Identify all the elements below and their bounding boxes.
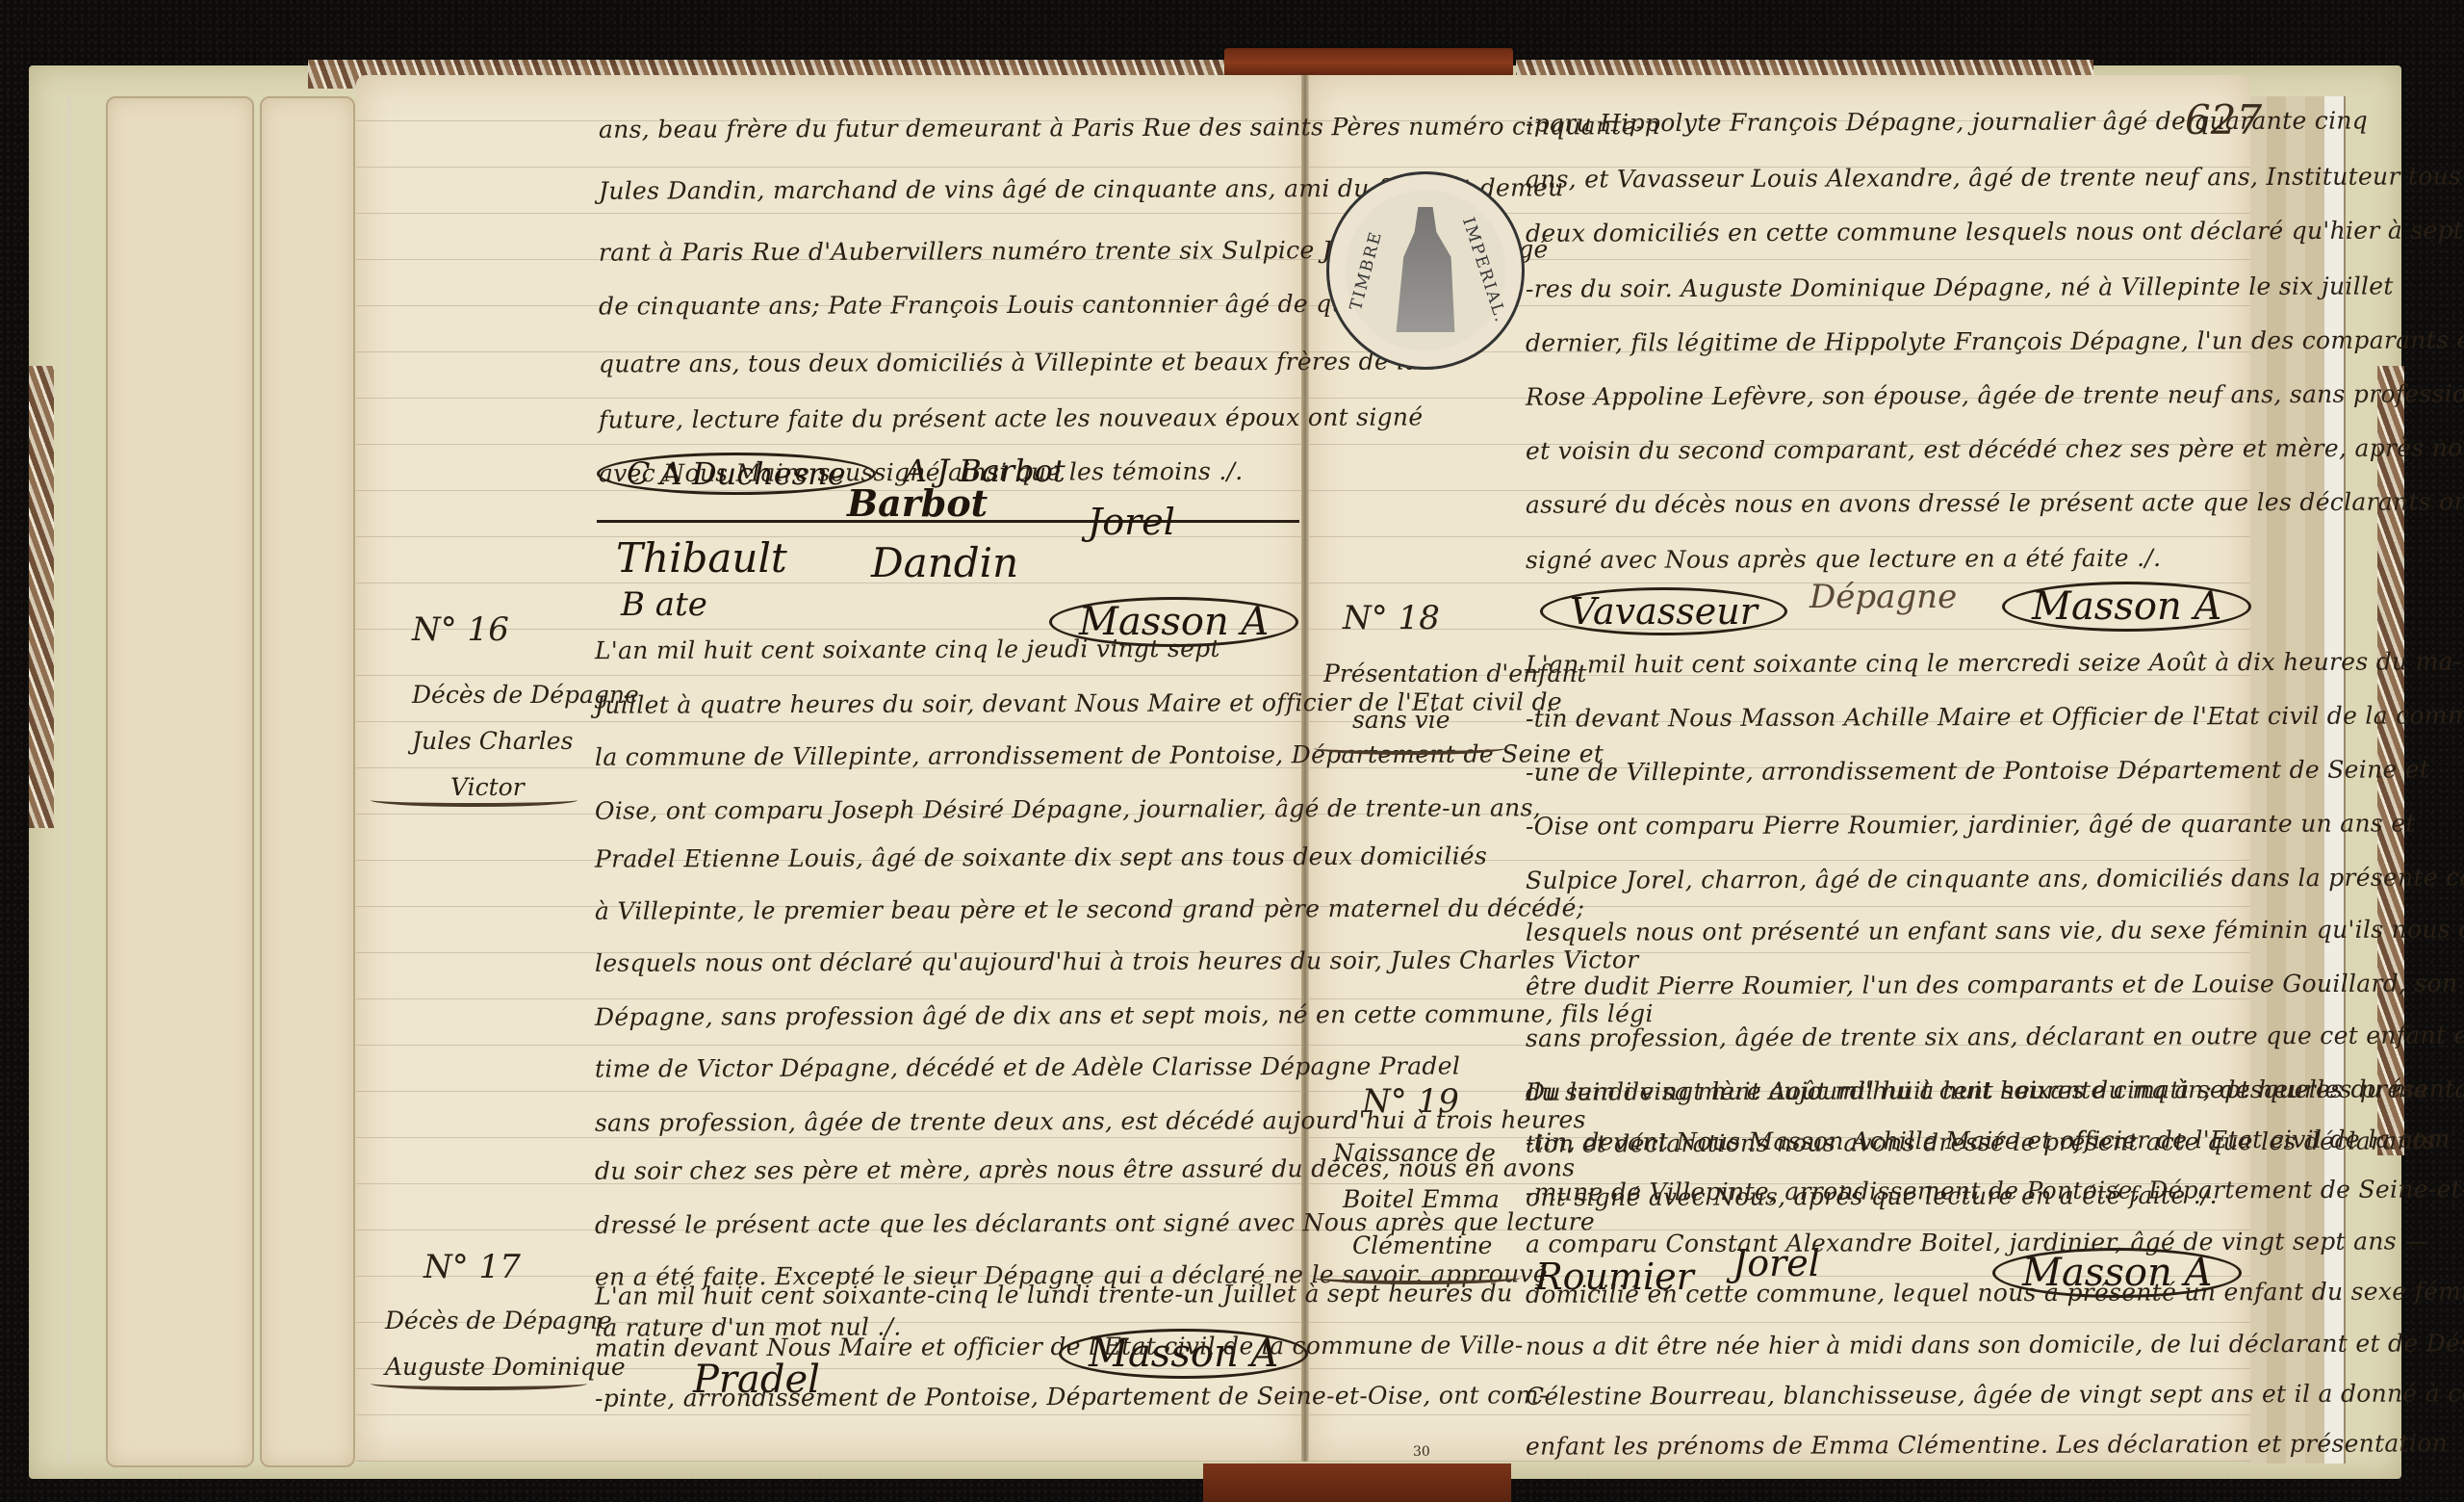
page-footer-number: 30 xyxy=(1413,1444,1430,1460)
text-line: sans profession, âgée de trente six ans,… xyxy=(1526,1021,2464,1052)
spine-bottom xyxy=(1203,1463,1511,1502)
margin-title: Clémentine xyxy=(1333,1223,1500,1269)
margin-title: Naissance de xyxy=(1333,1130,1500,1177)
text-line: -tin, devant Nous Masson Achille Maire e… xyxy=(1526,1125,2451,1155)
leaf xyxy=(67,96,71,1463)
justice-figure-icon xyxy=(1389,207,1462,332)
text-line: de cinquante ans; Pate François Louis ca… xyxy=(599,289,1428,320)
text-line: être dudit Pierre Roumier, l'un des comp… xyxy=(1526,969,2464,1000)
text-line: future, lecture faite du présent acte le… xyxy=(599,403,1423,434)
stamp-text-left: TIMBRE xyxy=(1347,228,1386,312)
text-line: lesquels nous ont présenté un enfant san… xyxy=(1526,915,2464,946)
leaf xyxy=(260,96,355,1467)
left-leaf-stack xyxy=(67,96,356,1463)
text-line: dernier, fils légitime de Hippolyte Fran… xyxy=(1526,325,2464,357)
signature: Jorel xyxy=(1088,501,1175,543)
text-line: enfant les prénoms de Emma Clémentine. L… xyxy=(1526,1429,2448,1460)
imperial-stamp: TIMBRE IMPERIAL. xyxy=(1326,171,1525,370)
text-line: Pradel Etienne Louis, âgé de soixante di… xyxy=(595,842,1487,872)
text-line: Du lundi vingt huit Août mil huit cent s… xyxy=(1526,1075,2428,1105)
text-line: matin devant Nous Maire et officier de l… xyxy=(595,1331,1524,1361)
leaf xyxy=(106,96,254,1467)
entry-number: N° 19 xyxy=(1333,1078,1500,1125)
text-line: -mune de Villepinte, arrondissement de P… xyxy=(1526,1175,2464,1206)
entry-17-margin: N° 17 Décès de Dépagne Auguste Dominique xyxy=(385,1244,626,1390)
text-line: nous a dit être née hier à midi dans son… xyxy=(1526,1329,2464,1360)
text-line: a comparu Constant Alexandre Boitel, jar… xyxy=(1526,1227,2428,1257)
text-line: L'an mil huit cent soixante cinq le jeud… xyxy=(595,634,1220,664)
text-line: et voisin du second comparant, est décéd… xyxy=(1526,433,2464,465)
text-line: domicilié en cette commune, lequel nous … xyxy=(1526,1277,2464,1308)
text-line: time de Victor Dépagne, décédé et de Adè… xyxy=(595,1051,1460,1082)
entry-number: N° 18 xyxy=(1323,595,1586,641)
marbled-edge-left xyxy=(29,366,54,828)
signature-masson: Masson A xyxy=(2002,582,2251,632)
text-line: L'an mil huit cent soixante cinq le merc… xyxy=(1526,647,2462,678)
text-line: -paru Hippolyte François Dépagne, journa… xyxy=(1526,106,2368,137)
margin-brace xyxy=(371,793,577,807)
signature-depagne: Dépagne xyxy=(1809,578,1957,616)
text-line: Célestine Bourreau, blanchisseuse, âgée … xyxy=(1526,1379,2464,1411)
margin-title: Boitel Emma xyxy=(1333,1177,1500,1223)
text-line: Oise, ont comparu Joseph Désiré Dépagne,… xyxy=(595,793,1541,824)
signature: Thibault xyxy=(616,534,787,582)
text-line: -res du soir. Auguste Dominique Dépagne,… xyxy=(1526,272,2394,302)
text-line: Dépagne, sans profession âgé de dix ans … xyxy=(595,999,1654,1031)
text-line: à Villepinte, le premier beau père et le… xyxy=(595,893,1584,925)
text-line: assuré du décès nous en avons dressé le … xyxy=(1526,487,2464,518)
signature: Barbot xyxy=(847,481,988,525)
margin-brace xyxy=(1314,1271,1521,1284)
margin-brace xyxy=(1314,741,1506,755)
text-line: -tin devant Nous Masson Achille Maire et… xyxy=(1526,701,2464,732)
text-line: ans, beau frère du futur demeurant à Par… xyxy=(599,112,1660,143)
margin-brace xyxy=(371,1377,587,1390)
text-line: ans, et Vavasseur Louis Alexandre, âgé d… xyxy=(1526,162,2461,193)
text-line: -pinte, arrondissement de Pontoise, Dépa… xyxy=(595,1381,1548,1411)
stamp-text-right: IMPERIAL. xyxy=(1458,215,1510,325)
spine-top xyxy=(1224,48,1513,77)
text-line: signé avec Nous après que lecture en a é… xyxy=(1526,544,2161,574)
text-line: quatre ans, tous deux domiciliés à Ville… xyxy=(599,348,1420,378)
entry-number: N° 17 xyxy=(385,1244,626,1290)
text-line: Rose Appoline Lefèvre, son épouse, âgée … xyxy=(1526,379,2464,410)
text-line: lesquels nous ont déclaré qu'aujourd'hui… xyxy=(595,945,1639,977)
signature: Dandin xyxy=(871,539,1018,586)
text-line: -une de Villepinte, arrondissement de Po… xyxy=(1526,755,2429,786)
entry-19-margin: N° 19 Naissance de Boitel Emma Clémentin… xyxy=(1333,1078,1500,1269)
signature: C A Duchesne xyxy=(597,453,876,495)
text-line: deux domiciliés en cette commune lesquel… xyxy=(1526,216,2464,247)
margin-title: Décès de Dépagne xyxy=(385,1298,626,1344)
text-line: Sulpice Jorel, charron, âgé de cinquante… xyxy=(1526,863,2464,894)
text-line: -Oise ont comparu Pierre Roumier, jardin… xyxy=(1526,809,2416,840)
